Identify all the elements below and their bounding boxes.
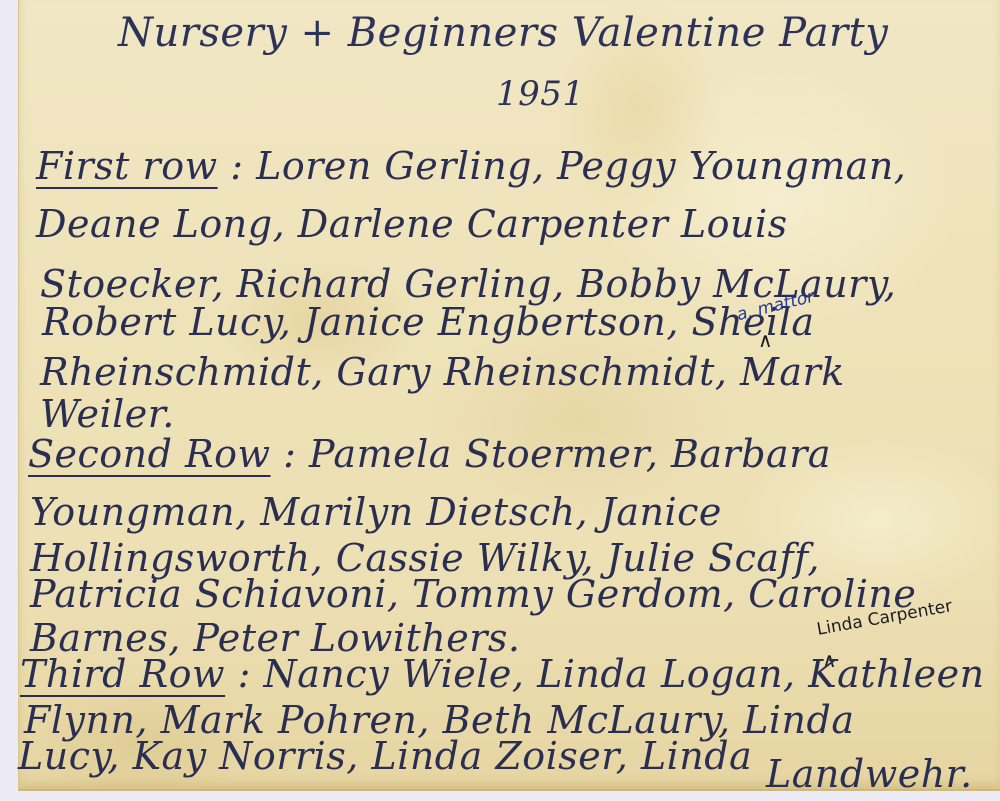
second-row-label: Second Row xyxy=(28,432,271,476)
first-row-line-2: Deane Long, Darlene Carpenter Louis xyxy=(36,202,788,246)
third-row-line-3: Lucy, Kay Norris, Linda Zoiser, Linda xyxy=(18,734,752,778)
second-row-line-4: Patricia Schiavoni, Tommy Gerdom, Caroli… xyxy=(30,572,916,616)
first-row-line-1: First row : Loren Gerling, Peggy Youngma… xyxy=(36,144,906,188)
second-row-text-1: Pamela Stoermer, Barbara xyxy=(309,432,831,476)
scanned-document: Nursery + Beginners Valentine Party 1951… xyxy=(0,0,1000,801)
first-row-label: First row xyxy=(36,144,218,188)
second-row-line-2: Youngman, Marilyn Dietsch, Janice xyxy=(30,490,722,534)
first-row-text-1: Loren Gerling, Peggy Youngman, xyxy=(256,144,906,188)
first-row-line-6: Weiler. xyxy=(40,392,175,436)
label-colon: : xyxy=(225,652,263,696)
second-row-line-1: Second Row : Pamela Stoermer, Barbara xyxy=(28,432,831,476)
document-year: 1951 xyxy=(496,74,585,114)
third-row-text-1: Nancy Wiele, Linda Logan, Kathleen xyxy=(264,652,985,696)
third-row-line-4: Landwehr. xyxy=(766,752,973,796)
first-row-line-4: Robert Lucy, Janice Engbertson, Sheila xyxy=(42,300,815,344)
insertion-caret-icon: ∧ xyxy=(758,328,773,352)
label-colon: : xyxy=(218,144,256,188)
first-row-line-5: Rheinschmidt, Gary Rheinschmidt, Mark xyxy=(40,350,845,394)
third-row-label: Third Row xyxy=(20,652,225,696)
document-title: Nursery + Beginners Valentine Party xyxy=(118,10,888,56)
third-row-line-1: Third Row : Nancy Wiele, Linda Logan, Ka… xyxy=(20,652,985,696)
label-colon: : xyxy=(271,432,309,476)
